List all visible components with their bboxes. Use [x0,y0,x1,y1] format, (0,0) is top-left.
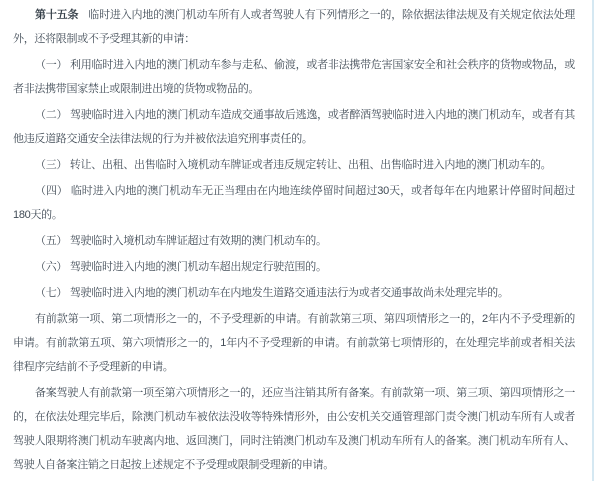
article-closing-paragraph-2: 备案驾驶人有前款第一项至第六项情形之一的，还应当注销其所有备案。有前款第一项、第… [13,381,575,477]
article-lead-paragraph: 第十五条临时进入内地的澳门机动车所有人或者驾驶人有下列情形之一的，除依据法律法规… [13,3,575,51]
article-item-3: （三） 转让、出租、出售临时入境机动车牌证或者违反规定转让、出租、出售临时进入内… [13,153,575,177]
article-item-4: （四） 临时进入内地的澳门机动车无正当理由在内地连续停留时间超过30天，或者每年… [13,179,575,227]
article-number: 第十五条 [35,9,78,21]
article-item-5: （五） 驾驶临时入境机动车牌证超过有效期的澳门机动车的。 [13,229,575,253]
article-item-1: （一） 利用临时进入内地的澳门机动车参与走私、偷渡，或者非法携带危害国家安全和社… [13,53,575,101]
article-intro-text: 临时进入内地的澳门机动车所有人或者驾驶人有下列情形之一的，除依据法律法规及有关规… [13,9,575,45]
article-item-6: （六） 驾驶临时进入内地的澳门机动车超出规定行驶范围的。 [13,255,575,279]
article-item-2: （二） 驾驶临时进入内地的澳门机动车造成交通事故后逃逸，或者醉酒驾驶临时进入内地… [13,103,575,151]
article-page: { "page": { "background_color": "#ffffff… [0,0,600,481]
article-item-7: （七） 驾驶临时进入内地的澳门机动车在内地发生道路交通违法行为或者交通事故尚未处… [13,281,575,305]
right-border-line [592,0,594,481]
article-content: 第十五条临时进入内地的澳门机动车所有人或者驾驶人有下列情形之一的，除依据法律法规… [0,0,600,477]
article-closing-paragraph-1: 有前款第一项、第二项情形之一的，不予受理新的申请。有前款第三项、第四项情形之一的… [13,307,575,379]
